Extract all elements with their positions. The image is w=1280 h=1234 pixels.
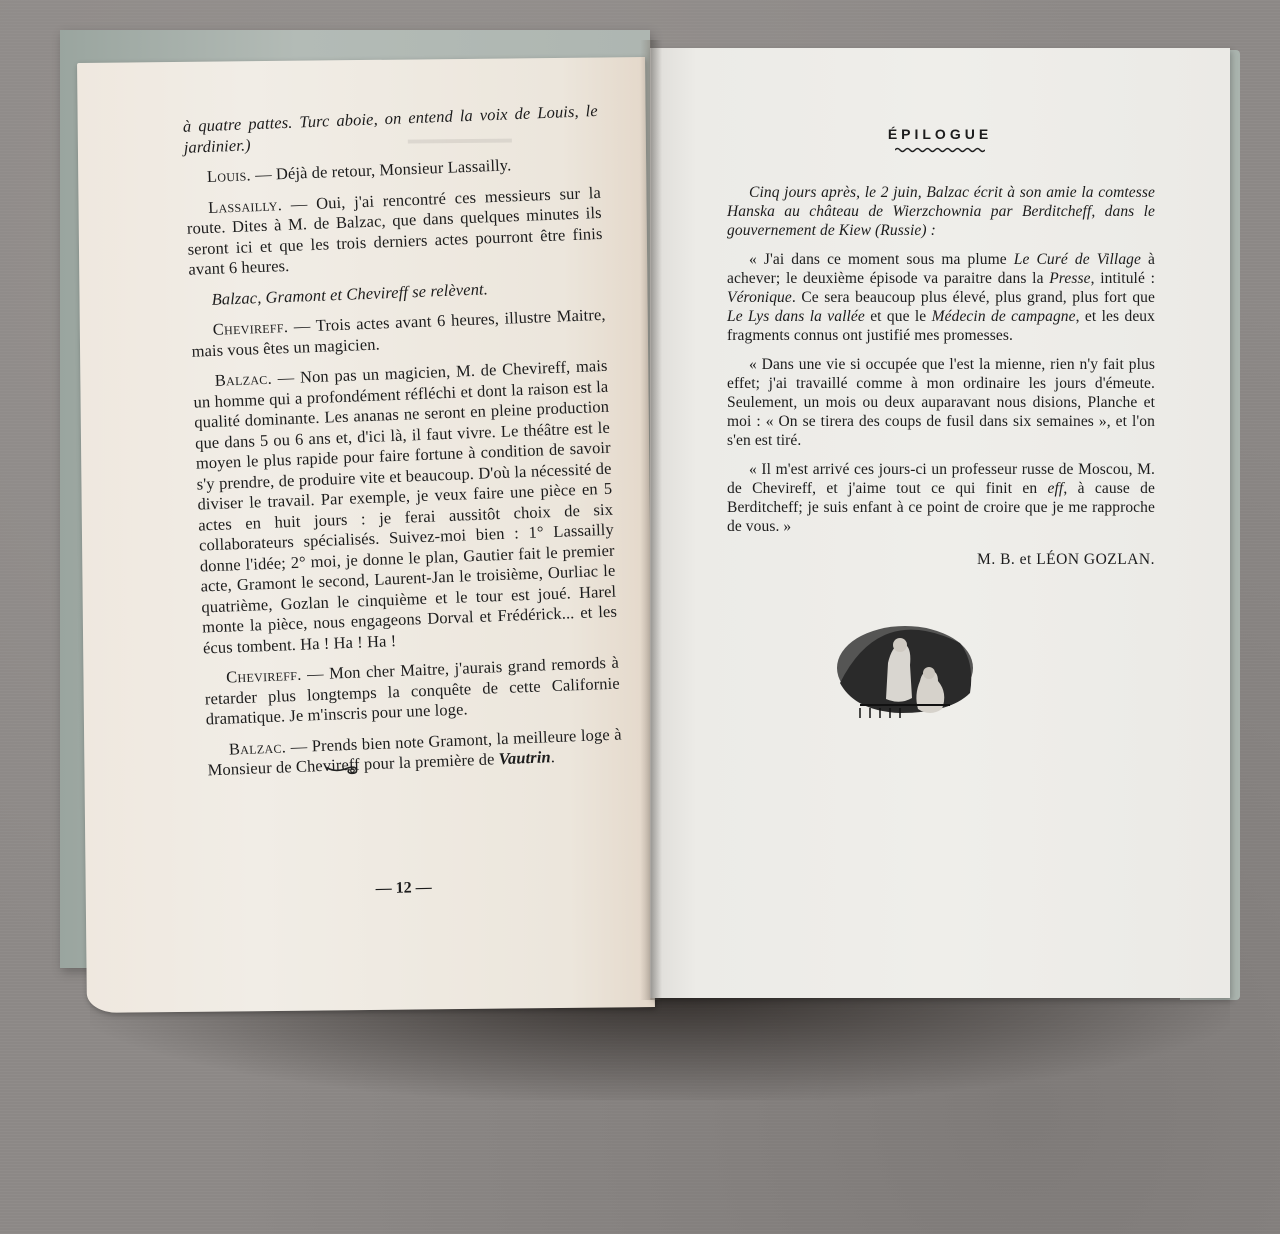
right-page-text: Cinq jours après, le 2 juin, Balzac écri… <box>727 183 1155 569</box>
dialogue-line: Balzac. — Prends bien note Gramont, la m… <box>207 724 623 781</box>
speaker-name: Balzac. <box>229 737 287 758</box>
speaker-name: Chevireff. <box>226 665 302 687</box>
book-title: Véronique <box>727 289 792 306</box>
speaker-name: Chevireff. <box>212 317 288 339</box>
book-title: Le Curé de Village <box>1014 251 1141 268</box>
speaker-name: Louis. <box>207 165 252 186</box>
book-title: Médecin de campagne <box>932 308 1076 325</box>
dialogue-line: Balzac. — Non pas un magicien, M. de Che… <box>192 356 618 659</box>
dialogue-line: Lassailly. — Oui, j'ai rencontré ces mes… <box>186 182 604 280</box>
speaker-name: Balzac. <box>214 369 272 390</box>
book-gutter <box>640 40 662 1000</box>
epilogue-intro: Cinq jours après, le 2 juin, Balzac écri… <box>727 183 1155 240</box>
left-page: ▬▬▬▬▬▬▬▬ à quatre pattes. Turc aboie, on… <box>77 57 655 1013</box>
title-underline-squiggle-icon <box>895 146 985 154</box>
dialogue-line: Chevireff. — Trois actes avant 6 heures,… <box>190 305 606 362</box>
dialogue-line: Louis. — Déjà de retour, Monsieur Lassai… <box>185 152 600 188</box>
stage-direction: à quatre pattes. Turc aboie, on entend l… <box>183 101 599 158</box>
left-page-text: à quatre pattes. Turc aboie, on entend l… <box>183 101 624 791</box>
letter-quote: « Il m'est arrivé ces jours-ci un profes… <box>727 460 1155 536</box>
engraving-illustration-icon <box>830 613 980 733</box>
tailpiece-swirl-icon <box>324 760 364 778</box>
signature: M. B. et LÉON GOZLAN. <box>727 550 1155 569</box>
book-title: Le Lys dans la vallée <box>727 308 865 325</box>
speaker-name: Lassailly. <box>208 195 283 217</box>
play-title: Vautrin <box>498 747 551 768</box>
right-page: ÉPILOGUE Cinq jours après, le 2 juin, Ba… <box>650 48 1230 998</box>
dialogue-line: Chevireff. — Mon cher Maitre, j'aurais g… <box>204 653 621 730</box>
page-number: — 12 — <box>376 879 432 898</box>
stage-direction: Balzac, Gramont et Chevireff se relèvent… <box>189 274 604 310</box>
chapter-title: ÉPILOGUE <box>650 126 1230 142</box>
letter-quote: « J'ai dans ce moment sous ma plume Le C… <box>727 250 1155 345</box>
book-title: Presse <box>1049 270 1090 287</box>
letter-quote: « Dans une vie si occupée que l'est la m… <box>727 355 1155 450</box>
